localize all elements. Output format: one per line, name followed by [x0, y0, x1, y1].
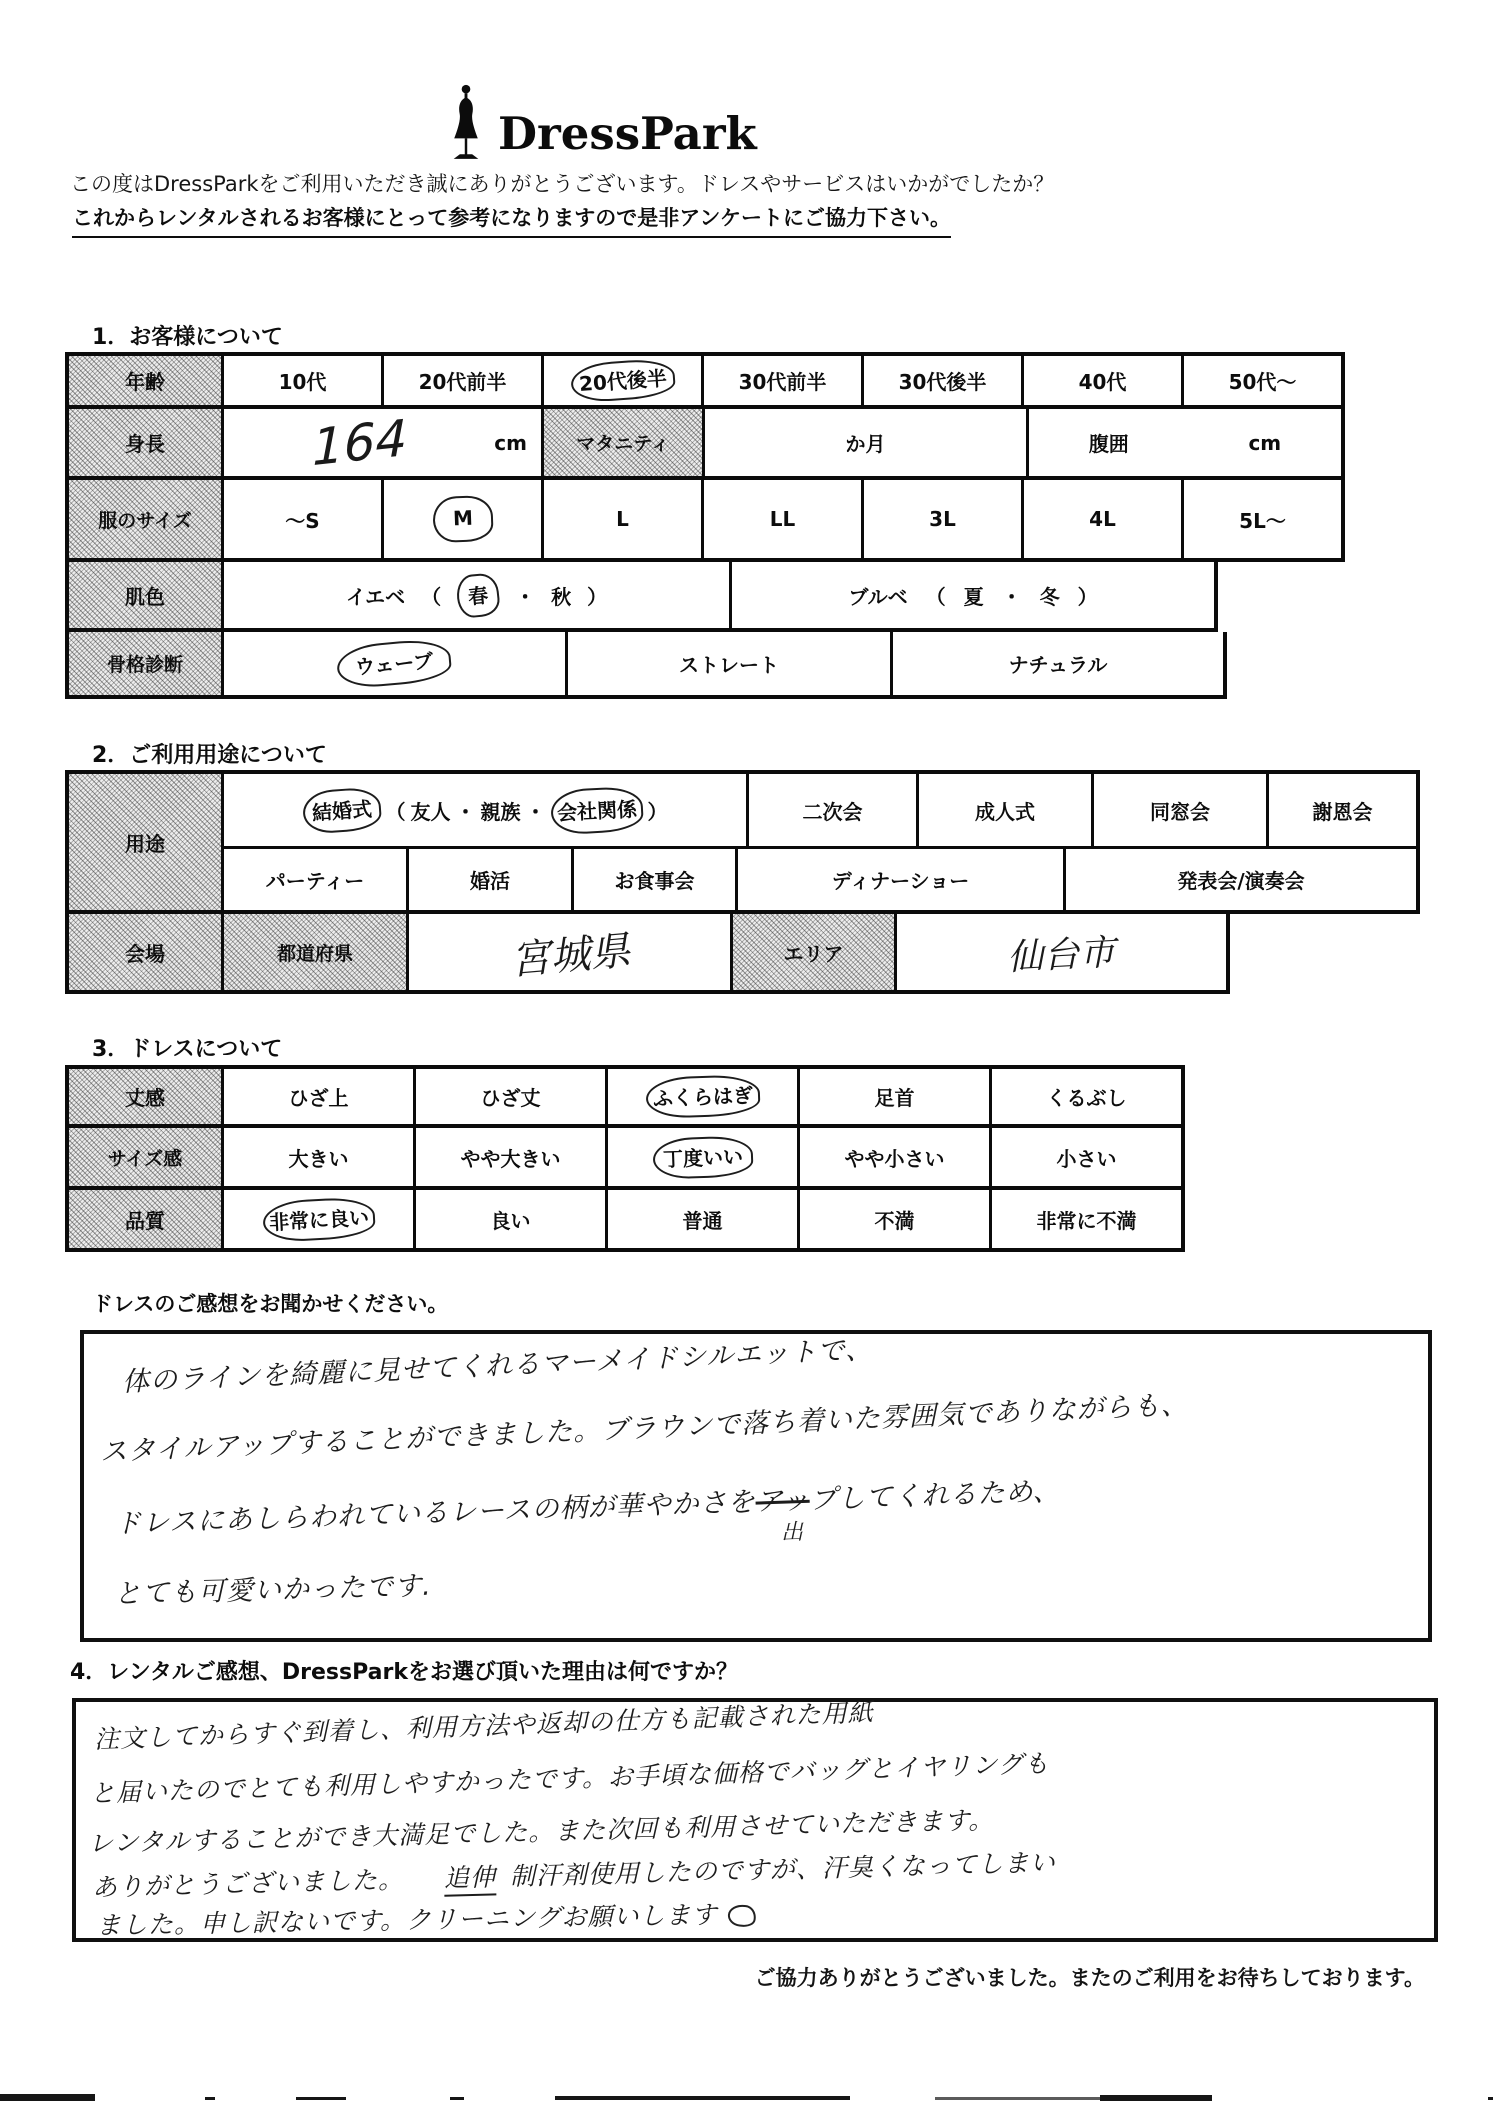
dot: ・ [1002, 581, 1022, 610]
length-option: くるぶし [992, 1069, 1181, 1124]
fit-option: 小さい [992, 1128, 1181, 1186]
size-option-label: 5L～ [1239, 505, 1286, 534]
postscript-label: 追伸 [444, 1862, 497, 1896]
bone-option-label: ナチュラル [1009, 649, 1108, 678]
comment-text: ました。申し訳ないです。クリーニングお願いします [96, 1900, 718, 1940]
section1-title: 1．お客様について [92, 320, 283, 351]
size-option-label: L [616, 507, 629, 531]
quality-option: 非常に良い [224, 1190, 416, 1248]
scan-artifact [450, 2097, 464, 2100]
handwritten-comment-line: 体のラインを綺麗に見せてくれるマーメイドシルエットで、 [121, 1327, 874, 1399]
quality-option: 不満 [800, 1190, 992, 1248]
paren: ） [648, 796, 668, 825]
age-option-label: 50代～ [1229, 366, 1297, 395]
footer-thanks: ご協力ありがとうございました。またのご利用をお待ちしております。 [755, 1962, 1425, 1992]
dress-comment-prompt: ドレスのご感想をお聞かせください。 [92, 1288, 448, 1318]
waist-label: 腹囲 [1089, 428, 1129, 457]
prefecture-header: 都道府県 [224, 914, 409, 990]
skin-blue-option: ブルベ （ 夏 ・ 冬 ） [732, 562, 1214, 628]
age-option: 10代 [224, 356, 384, 405]
selected-circle: 会社関係 [549, 785, 643, 835]
purpose-option: ディナーショー [738, 849, 1066, 910]
age-option: 30代後半 [864, 356, 1024, 405]
venue-header: 会場 [69, 914, 224, 990]
quality-option-label: 不満 [875, 1205, 915, 1234]
fit-option-label: 大きい [289, 1143, 349, 1172]
paren: （ [421, 581, 441, 610]
dress-table: 丈感 ひざ上 ひざ丈 ふくらはぎ 足首 くるぶし サイズ感 大きい やや大きい … [65, 1065, 1185, 1252]
rental-comment-box: 注文してからすぐ到着し、利用方法や返却の仕方も記載された用紙 と届いたのでとても… [72, 1698, 1438, 1942]
length-option-label: ふくらはぎ [652, 1083, 753, 1110]
paren: ） [587, 581, 607, 610]
spring-label: 春 [467, 583, 489, 609]
length-row: 丈感 ひざ上 ひざ丈 ふくらはぎ 足首 くるぶし [65, 1065, 1185, 1128]
waist-cell: 腹囲 cm [1029, 409, 1341, 476]
height-row-header: 身長 [69, 409, 224, 476]
dot: ・ [526, 796, 546, 825]
correction-text: 出 [780, 1515, 804, 1547]
purpose-option: パーティー [224, 849, 409, 910]
length-option: ふくらはぎ [608, 1069, 800, 1124]
fit-option-label: やや大きい [461, 1143, 561, 1172]
paren: （ [386, 796, 406, 825]
size-option-label: 4L [1089, 507, 1116, 531]
quality-option: 普通 [608, 1190, 800, 1248]
selected-circle: M [432, 495, 493, 543]
purpose-options: 結婚式 （ 友人 ・ 親族 ・ 会社関係 ） 二次会 成人式 同窓会 謝恩会 [224, 774, 1416, 910]
section4-title: 4．レンタルご感想、DressParkをお選び頂いた理由は何ですか？ [70, 1655, 738, 1686]
purpose-row-1: 結婚式 （ 友人 ・ 親族 ・ 会社関係 ） 二次会 成人式 同窓会 謝恩会 [224, 774, 1416, 849]
skin-row: 肌色 イエベ （ 春 ・ 秋 ） ブルベ （ 夏 ・ 冬 ） [65, 562, 1218, 632]
comment-text: プしてくれるため、 [809, 1476, 1061, 1516]
autumn-label: 秋 [551, 581, 571, 610]
purpose-option-label: 婚活 [470, 865, 510, 894]
age-option-label: 40代 [1079, 366, 1127, 395]
bone-row-header: 骨格診断 [69, 632, 224, 695]
blue-base-label: ブルベ [848, 581, 907, 610]
doodle-mark [726, 1903, 756, 1928]
intro-line-2: これからレンタルされるお客様にとって参考になりますので是非アンケートにご協力下さ… [72, 202, 951, 238]
maternity-months-cell: か月 [705, 409, 1029, 476]
size-option-label: M [452, 506, 473, 531]
selected-circle: 20代後半 [569, 357, 675, 403]
scan-artifact [1100, 2095, 1212, 2101]
section2-title: 2．ご利用用途について [92, 738, 327, 769]
section3-title: 3．ドレスについて [92, 1032, 282, 1063]
purpose-option-label: パーティー [266, 865, 364, 894]
quality-row: 品質 非常に良い 良い 普通 不満 非常に不満 [65, 1190, 1185, 1252]
handwritten-comment-line: ドレスにあしらわれているレースの柄が華やかさをアッ出プしてくれるため、 [113, 1469, 1061, 1541]
purpose-row-2: パーティー 婚活 お食事会 ディナーショー 発表会/演奏会 [224, 849, 1416, 910]
quality-option-label: 非常に不満 [1037, 1205, 1137, 1234]
fit-option: やや大きい [416, 1128, 608, 1186]
length-option-label: ひざ丈 [481, 1082, 541, 1111]
quality-option: 良い [416, 1190, 608, 1248]
handwritten-prefecture: 宮城県 [507, 918, 632, 985]
age-option-label: 20代後半 [578, 366, 667, 396]
struck-text: アッ出 [755, 1485, 810, 1518]
selected-circle: ふくらはぎ [645, 1074, 760, 1119]
maternity-cell: マタニティ [544, 409, 705, 476]
selected-circle: 春 [455, 571, 501, 618]
purpose-option-label: 成人式 [975, 796, 1035, 825]
length-row-header: 丈感 [69, 1069, 224, 1124]
yellow-base-label: イエベ [346, 581, 405, 610]
length-option: 足首 [800, 1069, 992, 1124]
fit-option: 丁度いい [608, 1128, 800, 1186]
purpose-option: 同窓会 [1094, 774, 1269, 846]
bone-row: 骨格診断 ウェーブ ストレート ナチュラル [65, 632, 1227, 699]
usage-table: 用途 結婚式 （ 友人 ・ 親族 ・ 会社関係 ） 二次会 成人式 同窓 [65, 770, 1420, 994]
skin-row-header: 肌色 [69, 562, 224, 628]
size-row-header: 服のサイズ [69, 480, 224, 558]
quality-option-label: 普通 [683, 1205, 723, 1234]
handwritten-comment-line: 注文してからすぐ到着し、利用方法や返却の仕方も記載された用紙 [93, 1693, 874, 1756]
fit-row-header: サイズ感 [69, 1128, 224, 1186]
handwritten-height: 164 [312, 408, 407, 476]
scan-artifact [296, 2097, 346, 2100]
length-option-label: ひざ上 [289, 1082, 349, 1111]
skin-yellow-option: イエベ （ 春 ・ 秋 ） [224, 562, 732, 628]
struck-chars: アッ [755, 1485, 810, 1518]
handwritten-comment-line: とても可愛いかったです. [113, 1564, 432, 1611]
bone-option: ストレート [568, 632, 893, 695]
paren: （ [926, 581, 946, 610]
handwritten-comment-line: スタイルアップすることができました。ブラウンで落ち着いた雰囲気でありながらも、 [99, 1382, 1189, 1468]
guest-friend-label: 友人 [411, 796, 451, 825]
dot: ・ [456, 796, 476, 825]
quality-option: 非常に不満 [992, 1190, 1181, 1248]
waist-unit: cm [1248, 431, 1281, 455]
purpose-option-label: 同窓会 [1150, 796, 1210, 825]
height-row: 身長 164 cm マタニティ か月 腹囲 cm [65, 409, 1345, 480]
length-option-label: 足首 [875, 1082, 915, 1111]
age-row: 年齢 10代 20代前半 20代後半 30代前半 30代後半 40代 50代～ [65, 352, 1345, 409]
guest-company-label: 会社関係 [556, 797, 637, 825]
scan-artifact [555, 2096, 850, 2100]
prefecture-value-cell: 宮城県 [409, 914, 733, 990]
age-option-label: 20代前半 [419, 366, 507, 395]
purpose-block: 用途 結婚式 （ 友人 ・ 親族 ・ 会社関係 ） 二次会 成人式 同窓 [65, 770, 1420, 914]
selected-circle: 結婚式 [301, 786, 382, 834]
selected-circle: 非常に良い [262, 1196, 376, 1243]
wedding-label: 結婚式 [311, 797, 373, 825]
comment-text: 制汗剤使用したのですが、汗臭くなってしまい [510, 1848, 1057, 1891]
purpose-option-label: お食事会 [615, 865, 695, 894]
age-option-label: 30代後半 [899, 366, 987, 395]
venue-row: 会場 都道府県 宮城県 エリア 仙台市 [65, 914, 1230, 994]
logo: DressPark [444, 84, 757, 166]
size-option: M [384, 480, 544, 558]
comment-text: ありがとうございました。 [92, 1865, 405, 1902]
fit-row: サイズ感 大きい やや大きい 丁度いい やや小さい 小さい [65, 1128, 1185, 1190]
scan-artifact [0, 2094, 95, 2101]
age-row-header: 年齢 [69, 356, 224, 405]
logo-text: DressPark [498, 111, 757, 166]
winter-label: 冬 [1040, 581, 1060, 610]
size-option-label: 3L [929, 507, 956, 531]
length-option: ひざ丈 [416, 1069, 608, 1124]
fit-option-label: 小さい [1057, 1143, 1117, 1172]
dot: ・ [515, 581, 535, 610]
dress-comment-box: 体のラインを綺麗に見せてくれるマーメイドシルエットで、 スタイルアップすることが… [80, 1330, 1432, 1642]
age-option: 40代 [1024, 356, 1184, 405]
scan-artifact [205, 2097, 215, 2100]
scan-artifact [1488, 2097, 1493, 2100]
fit-option-label: やや小さい [845, 1143, 945, 1172]
purpose-option: 婚活 [409, 849, 574, 910]
handwritten-comment-line: ました。申し訳ないです。クリーニングお願いします [96, 1894, 756, 1942]
bone-option: ウェーブ [224, 632, 568, 695]
scanned-survey-form: DressPark この度はDressParkをご利用いただき誠にありがとうござ… [0, 0, 1500, 2127]
fit-option-label: 丁度いい [662, 1144, 743, 1171]
area-header: エリア [733, 914, 897, 990]
size-option: L [544, 480, 704, 558]
size-option: 5L～ [1184, 480, 1341, 558]
purpose-option: 二次会 [749, 774, 919, 846]
purpose-option-label: ディナーショー [832, 865, 970, 894]
summer-label: 夏 [964, 581, 984, 610]
handwritten-area: 仙台市 [1006, 924, 1117, 981]
age-option-label: 30代前半 [739, 366, 827, 395]
purpose-option: 発表会/演奏会 [1066, 849, 1416, 910]
purpose-option-label: 謝恩会 [1313, 796, 1373, 825]
paren: ） [1078, 581, 1098, 610]
dress-form-icon [444, 84, 488, 166]
comment-text: ドレスにあしらわれているレースの柄が華やかさを [114, 1487, 757, 1540]
guest-family-label: 親族 [481, 796, 521, 825]
size-option: LL [704, 480, 864, 558]
quality-option-label: 非常に良い [268, 1205, 369, 1234]
age-option: 20代後半 [544, 356, 704, 405]
fit-option: やや小さい [800, 1128, 992, 1186]
bone-option: ナチュラル [893, 632, 1223, 695]
age-option: 30代前半 [704, 356, 864, 405]
handwritten-comment-line: と届いたのでとても利用しやすかったです。お手頃な価格でバッグとイヤリングも [89, 1744, 1050, 1810]
quality-option-label: 良い [491, 1205, 531, 1234]
customer-table: 年齢 10代 20代前半 20代後半 30代前半 30代後半 40代 50代～ … [65, 352, 1345, 699]
size-option-label: LL [770, 507, 796, 531]
size-row: 服のサイズ ～S M L LL 3L 4L 5L～ [65, 480, 1345, 562]
purpose-option-label: 二次会 [803, 796, 863, 825]
selected-circle: 丁度いい [652, 1135, 753, 1179]
scan-artifact [935, 2097, 1100, 2100]
purpose-option: 謝恩会 [1269, 774, 1416, 846]
length-option: ひざ上 [224, 1069, 416, 1124]
size-option: ～S [224, 480, 384, 558]
age-option-label: 10代 [279, 366, 327, 395]
purpose-option: 成人式 [919, 774, 1094, 846]
purpose-option: お食事会 [574, 849, 738, 910]
age-option: 20代前半 [384, 356, 544, 405]
size-option-label: ～S [285, 505, 319, 534]
wedding-option: 結婚式 （ 友人 ・ 親族 ・ 会社関係 ） [224, 774, 749, 846]
intro-line-1: この度はDressParkをご利用いただき誠にありがとうございます。ドレスやサー… [70, 168, 1054, 198]
height-unit: cm [494, 431, 527, 455]
area-value-cell: 仙台市 [897, 914, 1226, 990]
quality-row-header: 品質 [69, 1190, 224, 1248]
bone-option-label: ストレート [679, 649, 779, 678]
size-option: 4L [1024, 480, 1184, 558]
length-option-label: くるぶし [1047, 1082, 1127, 1111]
purpose-option-label: 発表会/演奏会 [1177, 865, 1304, 894]
height-value-cell: 164 cm [224, 409, 544, 476]
age-option: 50代～ [1184, 356, 1341, 405]
selected-circle: ウェーブ [336, 637, 454, 690]
bone-option-label: ウェーブ [355, 649, 435, 680]
size-option: 3L [864, 480, 1024, 558]
purpose-header: 用途 [69, 774, 224, 910]
fit-option: 大きい [224, 1128, 416, 1186]
